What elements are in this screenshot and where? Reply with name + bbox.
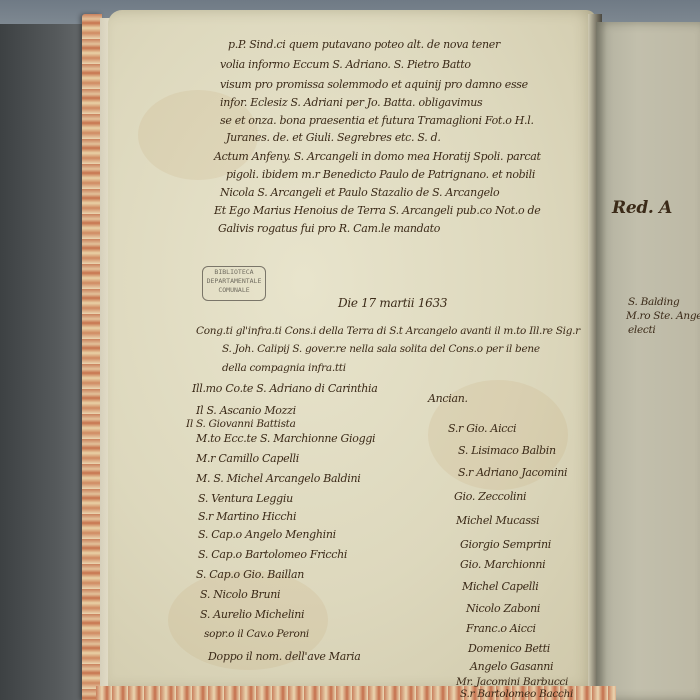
date-heading: Die 17 martii 1633 <box>338 296 447 310</box>
name-entry: S. Lisimaco Balbin <box>458 444 556 457</box>
text-line: S. Joh. Calipij S. gover.re nella sala s… <box>222 343 540 355</box>
stamp-line: DEPARTAMENTALE <box>203 277 265 286</box>
name-entry: S. Nicolo Bruni <box>200 588 280 601</box>
text-line: infor. Eclesiz S. Adriani per Jo. Batta.… <box>220 96 482 109</box>
text-line: Cong.ti gl'infra.ti Cons.i della Terra d… <box>196 325 580 337</box>
name-entry: Franc.o Aicci <box>466 622 536 635</box>
name-entry: Nicolo Zaboni <box>466 602 540 615</box>
marbled-book-edge <box>82 14 102 700</box>
name-entry: sopr.o il Cav.o Peroni <box>204 628 309 640</box>
name-entry: Michel Mucassi <box>456 514 539 527</box>
text-line: Et Ego Marius Henoius de Terra S. Arcang… <box>214 204 540 217</box>
name-entry: S.r Gio. Aicci <box>448 422 516 435</box>
text-line: pigoli. ibidem m.r Benedicto Paulo de Pa… <box>226 168 535 181</box>
name-entry: Gio. Zeccolini <box>454 490 526 503</box>
text-line: Actum Anfeny. S. Arcangeli in domo mea H… <box>214 150 541 163</box>
text-line: della compagnia infra.tti <box>222 362 346 374</box>
name-entry: Angelo Gasanni <box>470 660 553 673</box>
name-entry: S.r Adriano Jacomini <box>458 466 567 479</box>
stamp-line: BIBLIOTECA <box>203 268 265 277</box>
name-entry: Ill.mo Co.te S. Adriano di Carinthia <box>192 382 378 395</box>
name-entry: Mr. Jacomini Barbucci <box>456 676 568 688</box>
stamp-line: COMUNALE <box>203 286 265 295</box>
column-heading: Ancian. <box>428 392 468 405</box>
name-entry: Giorgio Semprini <box>460 538 551 551</box>
name-entry: S. Cap.o Bartolomeo Fricchi <box>198 548 347 561</box>
name-entry: Domenico Betti <box>468 642 550 655</box>
name-entry: M. S. Michel Arcangelo Baldini <box>196 472 360 485</box>
name-entry: Michel Capelli <box>462 580 538 593</box>
text-line: volia informo Eccum S. Adriano. S. Pietr… <box>220 58 471 71</box>
right-page-note: M.ro Ste. Angeli <box>626 310 700 322</box>
name-entry: M.r Camillo Capelli <box>196 452 299 465</box>
name-entry: M.to Ecc.te S. Marchionne Gioggi <box>196 432 375 445</box>
name-entry: S. Cap.o Angelo Menghini <box>198 528 336 541</box>
text-line: Juranes. de. et Giuli. Segrebres etc. S.… <box>226 131 441 144</box>
text-line: Nicola S. Arcangeli et Paulo Stazalio de… <box>220 186 499 199</box>
name-entry: S. Cap.o Gio. Baillan <box>196 568 304 581</box>
name-entry: Il S. Giovanni Battista <box>186 418 296 430</box>
right-page <box>596 22 700 700</box>
library-stamp: BIBLIOTECA DEPARTAMENTALE COMUNALE <box>202 266 266 301</box>
text-line: Galivis rogatus fui pro R. Cam.le mandat… <box>218 222 440 235</box>
right-page-heading: Red. A <box>612 198 672 218</box>
name-entry: S.r Bartolomeo Bacchi <box>460 688 573 700</box>
right-page-note: S. Balding <box>628 296 679 308</box>
name-entry: S.r Martino Hicchi <box>198 510 296 523</box>
right-page-note: electi <box>628 324 655 336</box>
name-entry: Gio. Marchionni <box>460 558 545 571</box>
text-line: se et onza. bona praesentia et futura Tr… <box>220 114 534 127</box>
text-line: p.P. Sind.ci quem putavano poteo alt. de… <box>228 38 500 51</box>
name-entry: Il S. Ascanio Mozzi <box>196 404 296 417</box>
name-entry: S. Aurelio Michelini <box>200 608 304 621</box>
name-entry: Doppo il nom. dell'ave Maria <box>208 650 360 663</box>
name-entry: S. Ventura Leggiu <box>198 492 293 505</box>
text-line: visum pro promissa solemmodo et aquinij … <box>220 78 528 91</box>
